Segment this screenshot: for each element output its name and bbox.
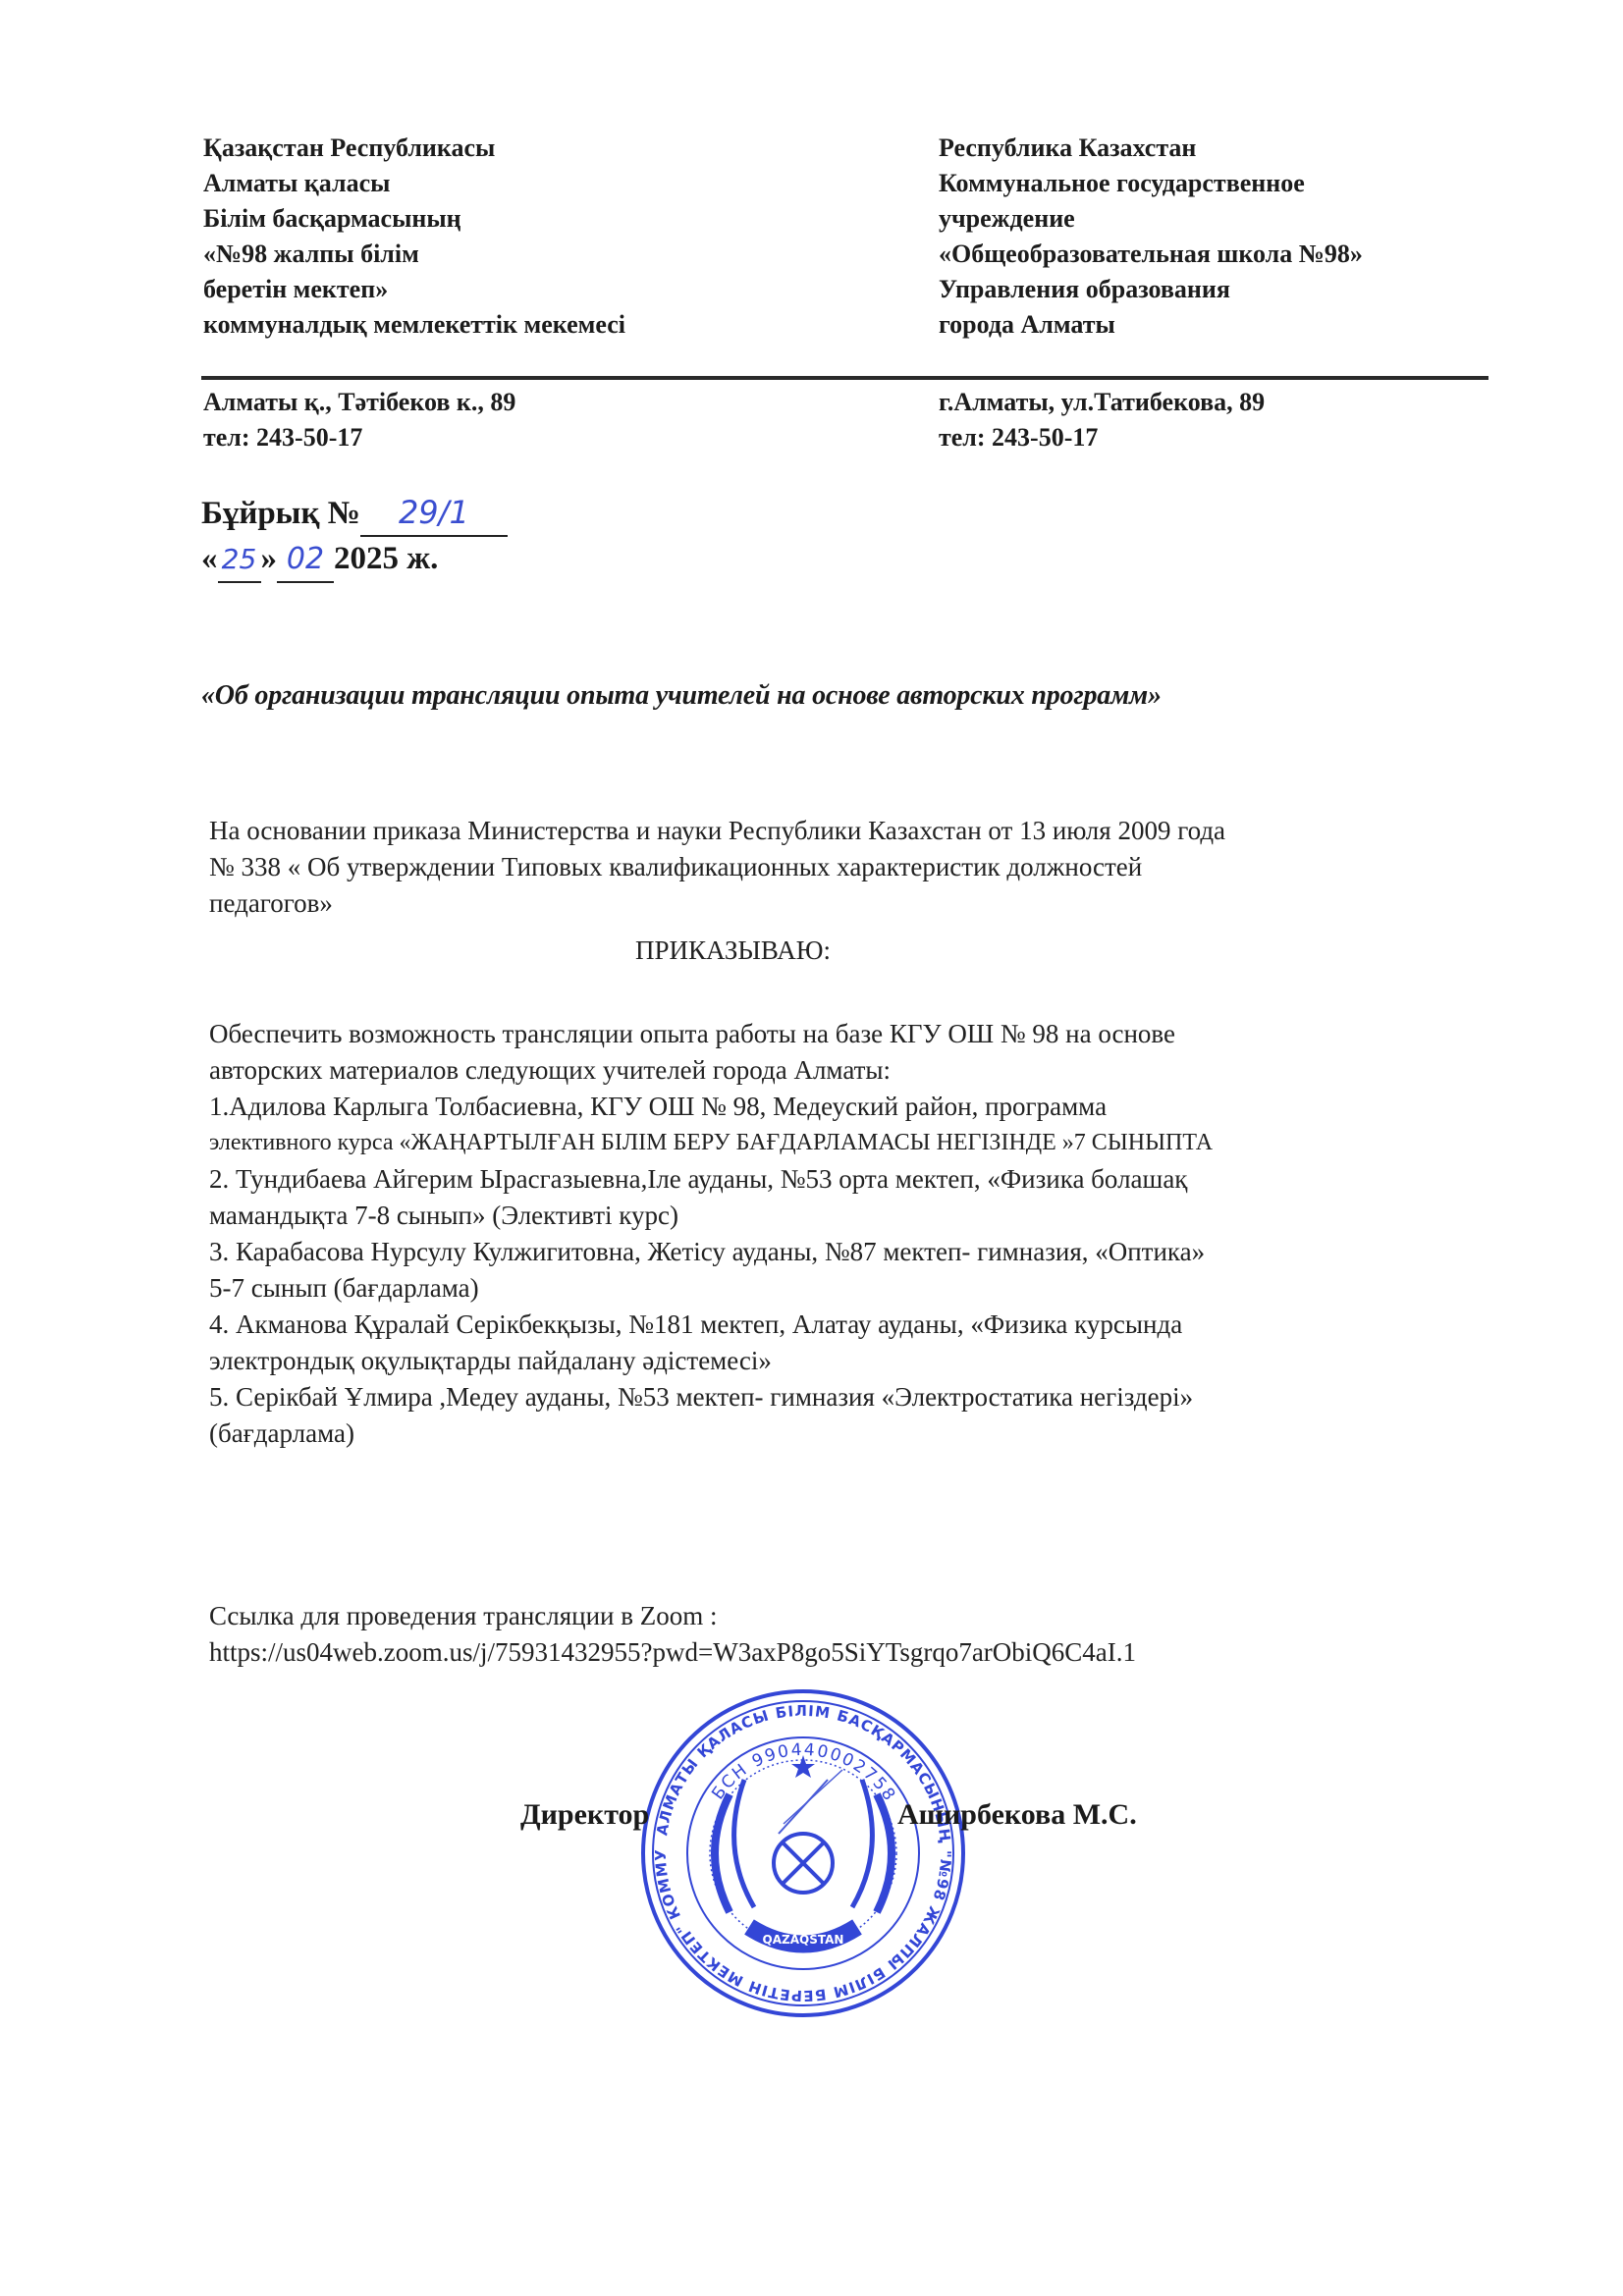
address-right-phone: тел: 243-50-17	[939, 420, 1265, 455]
teacher-line: 3. Карабасова Нурсулу Кулжигитовна, Жеті…	[209, 1234, 1213, 1270]
header-right-line: города Алматы	[939, 307, 1363, 343]
teacher-item: 4. Акманова Құралай Серікбекқызы, №181 м…	[209, 1307, 1213, 1379]
order-month-field: 02	[277, 537, 334, 583]
document-title: «Об организации трансляции опыта учителе…	[201, 680, 1162, 712]
teacher-line: (бағдарлама)	[209, 1415, 1213, 1452]
teacher-line: 5. Серікбай Ұлмира ,Медеу ауданы, №53 ме…	[209, 1379, 1213, 1415]
teacher-item: 5. Серікбай Ұлмира ,Медеу ауданы, №53 ме…	[209, 1379, 1213, 1452]
teacher-item: 1.Адилова Карлыга Толбасиевна, КГУ ОШ № …	[209, 1089, 1213, 1161]
official-stamp: АЛМАТЫ ҚАЛАСЫ БІЛІМ БАСҚАРМАСЫНЫҢ "№98 Ж…	[636, 1686, 970, 2020]
teacher-line: 5-7 сынып (бағдарлама)	[209, 1270, 1213, 1307]
order-day-field: 25	[218, 537, 261, 583]
order-year: 2025 ж.	[334, 541, 438, 576]
header-right-line: Коммунальное государственное	[939, 166, 1363, 201]
signature-position: Директор	[520, 1798, 649, 1832]
teacher-line: мамандықта 7-8 сынып» (Элективті курс)	[209, 1198, 1213, 1234]
order-number-line: Бұйрық №29/1	[201, 491, 508, 537]
header-left-line: Алматы қаласы	[203, 166, 625, 201]
date-close-quote: »	[261, 541, 278, 576]
zoom-link-url[interactable]: https://us04web.zoom.us/j/75931432955?pw…	[209, 1634, 1136, 1671]
basis-line: На основании приказа Министерства и наук…	[209, 813, 1225, 849]
svg-text:АЛМАТЫ ҚАЛАСЫ БІЛІМ БАСҚАРМАСЫ: АЛМАТЫ ҚАЛАСЫ БІЛІМ БАСҚАРМАСЫНЫҢ "№98 Ж…	[636, 1686, 954, 2004]
teacher-line: 4. Акманова Құралай Серікбекқызы, №181 м…	[209, 1307, 1213, 1343]
directive-line: авторских материалов следующих учителей …	[209, 1052, 1213, 1089]
header-right-line: учреждение	[939, 201, 1363, 237]
order-number-field: 29/1	[360, 491, 508, 537]
directive-line: Обеспечить возможность трансляции опыта …	[209, 1016, 1213, 1052]
order-date-line: «25»022025 ж.	[201, 537, 508, 583]
directive-block: Обеспечить возможность трансляции опыта …	[209, 1016, 1213, 1452]
basis-line: педагогов»	[209, 885, 1225, 922]
address-right: г.Алматы, ул.Татибекова, 89 тел: 243-50-…	[939, 385, 1265, 455]
command-heading: ПРИКАЗЫВАЮ:	[635, 933, 831, 969]
header-left-line: коммуналдық мемлекеттік мекемесі	[203, 307, 625, 343]
header-right-russian: Республика Казахстан Коммунальное госуда…	[939, 131, 1363, 343]
basis-paragraph: На основании приказа Министерства и наук…	[209, 813, 1225, 922]
order-month-handwritten: 02	[287, 542, 324, 576]
order-number-block: Бұйрық №29/1 «25»022025 ж.	[201, 491, 508, 583]
date-open-quote: «	[201, 541, 218, 576]
teacher-line: элективного курса «ЖАҢАРТЫЛҒАН БІЛІМ БЕР…	[209, 1125, 1213, 1161]
address-left-street: Алматы қ., Тәтібеков к., 89	[203, 385, 515, 420]
header-left-kazakh: Қазақстан Республикасы Алматы қаласы Біл…	[203, 131, 625, 343]
zoom-link-block: Ссылка для проведения трансляции в Zoom …	[209, 1598, 1136, 1671]
address-left-phone: тел: 243-50-17	[203, 420, 515, 455]
stamp-emblem-icon: АЛМАТЫ ҚАЛАСЫ БІЛІМ БАСҚАРМАСЫНЫҢ "№98 Ж…	[636, 1686, 970, 2020]
teacher-item: 3. Карабасова Нурсулу Кулжигитовна, Жеті…	[209, 1234, 1213, 1307]
zoom-link-label: Ссылка для проведения трансляции в Zoom …	[209, 1598, 1136, 1634]
order-number-handwritten: 29/1	[399, 494, 469, 531]
order-label: Бұйрық №	[201, 496, 360, 531]
address-left: Алматы қ., Тәтібеков к., 89 тел: 243-50-…	[203, 385, 515, 455]
header-divider	[201, 376, 1488, 380]
header-left-line: Қазақстан Республикасы	[203, 131, 625, 166]
header-right-line: Республика Казахстан	[939, 131, 1363, 166]
address-right-street: г.Алматы, ул.Татибекова, 89	[939, 385, 1265, 420]
order-day-handwritten: 25	[222, 543, 257, 575]
teacher-item: 2. Тундибаева Айгерим Ырасгазыевна,Іле а…	[209, 1161, 1213, 1234]
basis-line: № 338 « Об утверждении Типовых квалифика…	[209, 849, 1225, 885]
signature-name: Аширбекова М.С.	[897, 1798, 1137, 1832]
header-left-line: Білім басқармасының	[203, 201, 625, 237]
svg-text:QAZAQSTAN: QAZAQSTAN	[763, 1933, 844, 1947]
header-left-line: беретін мектеп»	[203, 272, 625, 307]
header-left-line: «№98 жалпы білім	[203, 237, 625, 272]
header-right-line: «Общеобразовательная школа №98»	[939, 237, 1363, 272]
teacher-line: 1.Адилова Карлыга Толбасиевна, КГУ ОШ № …	[209, 1089, 1213, 1125]
teacher-line: электрондық оқулықтарды пайдалану әдісте…	[209, 1343, 1213, 1379]
teacher-line: 2. Тундибаева Айгерим Ырасгазыевна,Іле а…	[209, 1161, 1213, 1198]
header-right-line: Управления образования	[939, 272, 1363, 307]
